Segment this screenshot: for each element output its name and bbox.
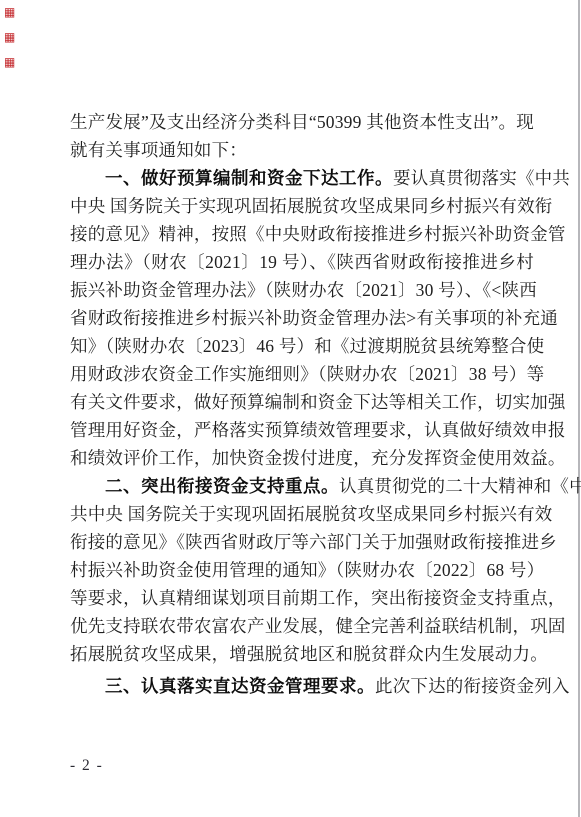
section-1-heading-line: 一、做好预算编制和资金下达工作。要认真贯彻落实《中共: [70, 164, 534, 192]
text-line: 拓展脱贫攻坚成果，增强脱贫地区和脱贫群众内生发展动力。: [70, 640, 534, 668]
text-line: 中央 国务院关于实现巩固拓展脱贫攻坚成果同乡村振兴有效衔: [70, 192, 534, 220]
text-line: 生产发展”及支出经济分类科目“50399 其他资本性支出”。现: [70, 108, 534, 136]
line-text: 衔接的意见》《陕西省财政厅等六部门关于加强财政衔接推进乡: [70, 532, 557, 552]
text-line: 振兴补助资金管理办法》（陕财办农〔2021〕30 号）、《<陕西: [70, 276, 534, 304]
red-mark-icon: ▦: [4, 6, 15, 18]
line-text: 知》（陕财办农〔2023〕46 号）和《过渡期脱贫县统筹整合使: [70, 336, 544, 356]
line-text: 优先支持联农带农富农产业发展，健全完善利益联结机制，巩固: [70, 616, 566, 636]
line-text: 中央 国务院关于实现巩固拓展脱贫攻坚成果同乡村振兴有效衔: [70, 196, 552, 216]
red-annotation-marks: ▦ ▦ ▦: [4, 6, 15, 68]
text-line: 管理用好资金，严格落实预算绩效管理要求，认真做好绩效申报: [70, 416, 534, 444]
line-text: 共中央 国务院关于实现巩固拓展脱贫攻坚成果同乡村振兴有效: [70, 504, 552, 524]
line-text: 理办法》（财农〔2021〕19 号）、《陕西省财政衔接推进乡村: [70, 252, 534, 272]
line-text: 有关文件要求，做好预算编制和资金下达等相关工作，切实加强: [70, 392, 566, 412]
text-line: 有关文件要求，做好预算编制和资金下达等相关工作，切实加强: [70, 388, 534, 416]
line-text: 和绩效评价工作，加快资金拨付进度，充分发挥资金使用效益。: [70, 448, 566, 468]
section-2-heading: 二、突出衔接资金支持重点。: [105, 476, 339, 496]
line-text: 认真贯彻党的二十大精神和《中: [339, 476, 581, 496]
line-text: 接的意见》精神，按照《中央财政衔接推进乡村振兴补助资金管: [70, 224, 566, 244]
text-line: 优先支持联农带农富农产业发展，健全完善利益联结机制，巩固: [70, 612, 534, 640]
document-body: 生产发展”及支出经济分类科目“50399 其他资本性支出”。现 就有关事项通知如…: [70, 108, 534, 700]
line-text: 生产发展”及支出经济分类科目“50399 其他资本性支出”。现: [70, 112, 534, 132]
line-text: 就有关事项通知如下：: [70, 140, 247, 160]
red-mark-icon: ▦: [4, 56, 15, 68]
page-edge-line: [578, 0, 580, 817]
line-text: 管理用好资金，严格落实预算绩效管理要求，认真做好绩效申报: [70, 420, 566, 440]
document-page: ▦ ▦ ▦ 生产发展”及支出经济分类科目“50399 其他资本性支出”。现 就有…: [0, 0, 581, 817]
line-text: 省财政衔接推进乡村振兴补助资金管理办法>有关事项的补充通: [70, 308, 558, 328]
text-line: 用财政涉农资金工作实施细则》（陕财办农〔2021〕38 号）等: [70, 360, 534, 388]
text-line: 接的意见》精神，按照《中央财政衔接推进乡村振兴补助资金管: [70, 220, 534, 248]
text-line: 衔接的意见》《陕西省财政厅等六部门关于加强财政衔接推进乡: [70, 528, 534, 556]
section-3-heading: 三、认真落实直达资金管理要求。: [105, 676, 375, 696]
text-line: 等要求，认真精细谋划项目前期工作，突出衔接资金支持重点，: [70, 584, 534, 612]
red-mark-icon: ▦: [4, 31, 15, 43]
text-line: 和绩效评价工作，加快资金拨付进度，充分发挥资金使用效益。: [70, 444, 534, 472]
page-number: - 2 -: [70, 757, 103, 775]
text-line: 共中央 国务院关于实现巩固拓展脱贫攻坚成果同乡村振兴有效: [70, 500, 534, 528]
line-text: 要认真贯彻落实《中共: [393, 168, 570, 188]
text-line: 就有关事项通知如下：: [70, 136, 534, 164]
line-text: 村振兴补助资金使用管理的通知》（陕财办农〔2022〕68 号）: [70, 560, 544, 580]
line-text: 此次下达的衔接资金列入: [375, 676, 570, 696]
line-text: 振兴补助资金管理办法》（陕财办农〔2021〕30 号）、《<陕西: [70, 280, 537, 300]
line-text: 等要求，认真精细谋划项目前期工作，突出衔接资金支持重点，: [70, 588, 566, 608]
text-line: 知》（陕财办农〔2023〕46 号）和《过渡期脱贫县统筹整合使: [70, 332, 534, 360]
line-text: 用财政涉农资金工作实施细则》（陕财办农〔2021〕38 号）等: [70, 364, 544, 384]
section-1-heading: 一、做好预算编制和资金下达工作。: [105, 168, 393, 188]
section-2-heading-line: 二、突出衔接资金支持重点。认真贯彻党的二十大精神和《中: [70, 472, 534, 500]
section-3-heading-line: 三、认真落实直达资金管理要求。此次下达的衔接资金列入: [70, 672, 534, 700]
line-text: 拓展脱贫攻坚成果，增强脱贫地区和脱贫群众内生发展动力。: [70, 644, 548, 664]
text-line: 理办法》（财农〔2021〕19 号）、《陕西省财政衔接推进乡村: [70, 248, 534, 276]
text-line: 省财政衔接推进乡村振兴补助资金管理办法>有关事项的补充通: [70, 304, 534, 332]
text-line: 村振兴补助资金使用管理的通知》（陕财办农〔2022〕68 号）: [70, 556, 534, 584]
